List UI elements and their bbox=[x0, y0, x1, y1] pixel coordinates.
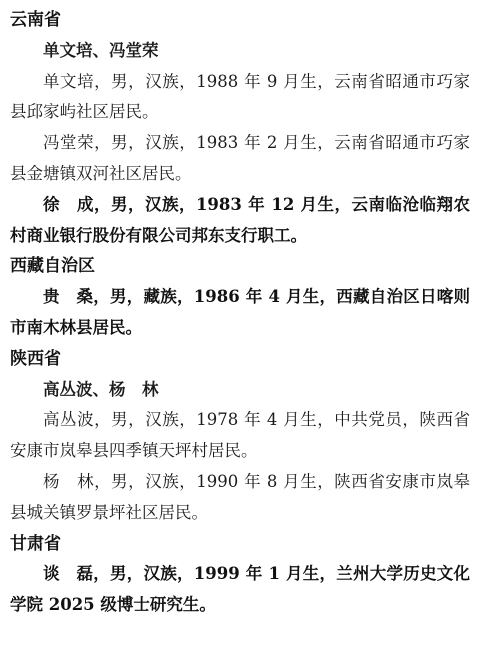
bio-gui-sang: 贵 桑，男，藏族，1986 年 4 月生，西藏自治区日喀则市南木林县居民。 bbox=[10, 282, 470, 344]
province-heading-shaanxi: 陕西省 bbox=[10, 344, 470, 375]
section-gansu: 甘肃省 谈 磊，男，汉族，1999 年 1 月生，兰州大学历史文化学院 2025… bbox=[10, 529, 470, 621]
bio-yang-lin: 杨 林，男，汉族，1990 年 8 月生，陕西省安康市岚皋县城关镇罗景坪社区居民… bbox=[10, 467, 470, 529]
bio-feng-tangrong: 冯堂荣，男，汉族，1983 年 2 月生，云南省昭通市巧家县金塘镇双河社区居民。 bbox=[10, 128, 470, 190]
section-xizang: 西藏自治区 贵 桑，男，藏族，1986 年 4 月生，西藏自治区日喀则市南木林县… bbox=[10, 251, 470, 343]
bio-xu-cheng: 徐 成，男，汉族，1983 年 12 月生，云南临沧临翔农村商业银行股份有限公司… bbox=[10, 190, 470, 252]
bio-gao-congbo: 高丛波，男，汉族，1978 年 4 月生，中共党员，陕西省安康市岚皋县四季镇天坪… bbox=[10, 405, 470, 467]
section-yunnan: 云南省 单文培、冯堂荣 单文培，男，汉族，1988 年 9 月生，云南省昭通市巧… bbox=[10, 5, 470, 251]
province-heading-xizang: 西藏自治区 bbox=[10, 251, 470, 282]
province-heading-yunnan: 云南省 bbox=[10, 5, 470, 36]
names-line-yunnan: 单文培、冯堂荣 bbox=[10, 36, 470, 67]
province-heading-gansu: 甘肃省 bbox=[10, 529, 470, 560]
section-shaanxi: 陕西省 高丛波、杨 林 高丛波，男，汉族，1978 年 4 月生，中共党员，陕西… bbox=[10, 344, 470, 529]
document-page: 云南省 单文培、冯堂荣 单文培，男，汉族，1988 年 9 月生，云南省昭通市巧… bbox=[10, 5, 470, 621]
names-line-shaanxi: 高丛波、杨 林 bbox=[10, 375, 470, 406]
bio-tan-lei: 谈 磊，男，汉族，1999 年 1 月生，兰州大学历史文化学院 2025 级博士… bbox=[10, 559, 470, 621]
bio-shan-wenpei: 单文培，男，汉族，1988 年 9 月生，云南省昭通市巧家县邱家屿社区居民。 bbox=[10, 67, 470, 129]
